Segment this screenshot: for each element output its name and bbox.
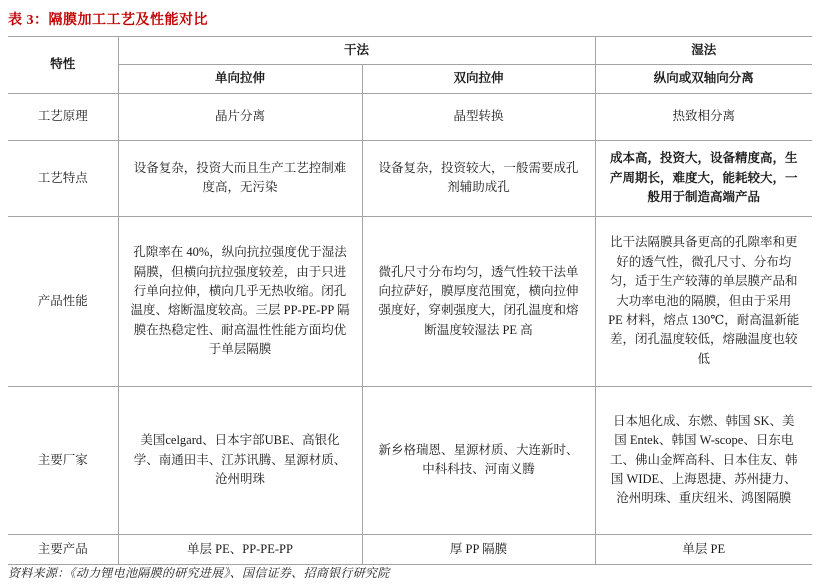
table-row-principle: 工艺原理 晶片分离 晶型转换 热致相分离 xyxy=(8,93,812,140)
cell-performance-wet: 比干法隔膜具备更高的孔隙率和更好的透气性，微孔尺寸、分布均匀，适于生产较薄的单层… xyxy=(595,216,812,386)
cell-principle-wet: 热致相分离 xyxy=(595,93,812,140)
cell-products-biaxial: 厚 PP 隔膜 xyxy=(362,534,595,564)
sub-header-wet-separation: 纵向或双轴向分离 xyxy=(595,65,812,93)
cell-performance-uniaxial: 孔隙率在 40%，纵向抗拉强度优于湿法隔膜，但横向抗拉强度较差，由于只进行单向拉… xyxy=(118,216,362,386)
sub-header-biaxial: 双向拉伸 xyxy=(362,65,595,93)
cell-feature-biaxial: 设备复杂，投资较大，一般需要成孔剂辅助成孔 xyxy=(362,140,595,216)
table-title: 表 3：隔膜加工工艺及性能对比 xyxy=(8,9,208,29)
table-row-products: 主要产品 单层 PE、PP-PE-PP 厚 PP 隔膜 单层 PE xyxy=(8,534,812,564)
row-label-manufacturers: 主要厂家 xyxy=(8,386,118,534)
table-row-feature: 工艺特点 设备复杂，投资大而且生产工艺控制难度高，无污染 设备复杂，投资较大，一… xyxy=(8,140,812,216)
report-page: 表 3：隔膜加工工艺及性能对比 特性 干法 湿法 单向拉伸 双向拉伸 纵向或双轴… xyxy=(0,0,820,584)
cell-principle-uniaxial: 晶片分离 xyxy=(118,93,362,140)
cell-products-wet: 单层 PE xyxy=(595,534,812,564)
cell-products-uniaxial: 单层 PE、PP-PE-PP xyxy=(118,534,362,564)
cell-performance-biaxial: 微孔尺寸分布均匀，透气性较干法单向拉萨好，膜厚度范围宽，横向拉伸强度好，穿刺强度… xyxy=(362,216,595,386)
cell-feature-wet: 成本高，投资大，设备精度高，生产周期长，难度大，能耗较大，一般用于制造高端产品 xyxy=(595,140,812,216)
cell-feature-uniaxial: 设备复杂，投资大而且生产工艺控制难度高，无污染 xyxy=(118,140,362,216)
cell-principle-biaxial: 晶型转换 xyxy=(362,93,595,140)
table-header-group-row: 特性 干法 湿法 xyxy=(8,37,812,65)
row-label-feature: 工艺特点 xyxy=(8,140,118,216)
comparison-table: 特性 干法 湿法 单向拉伸 双向拉伸 纵向或双轴向分离 工艺原理 晶片分离 晶型… xyxy=(8,36,812,565)
row-label-products: 主要产品 xyxy=(8,534,118,564)
table-header-sub-row: 单向拉伸 双向拉伸 纵向或双轴向分离 xyxy=(8,65,812,93)
group-header-dry: 干法 xyxy=(118,37,595,65)
source-note: 资料来源：《动力锂电池隔膜的研究进展》、国信证券、招商银行研究院 xyxy=(8,564,390,581)
row-label-performance: 产品性能 xyxy=(8,216,118,386)
cell-manufacturers-wet: 日本旭化成、东燃、韩国 SK、美国 Entek、韩国 W-scope、日东电工、… xyxy=(595,386,812,534)
cell-manufacturers-biaxial: 新乡格瑞恩、星源材质、大连新时、中科科技、河南义腾 xyxy=(362,386,595,534)
table-row-manufacturers: 主要厂家 美国celgard、日本宇部UBE、高银化学、南通田丰、江苏讯腾、星源… xyxy=(8,386,812,534)
corner-header-cell: 特性 xyxy=(8,37,118,94)
row-label-principle: 工艺原理 xyxy=(8,93,118,140)
table-row-performance: 产品性能 孔隙率在 40%，纵向抗拉强度优于湿法隔膜，但横向抗拉强度较差，由于只… xyxy=(8,216,812,386)
sub-header-uniaxial: 单向拉伸 xyxy=(118,65,362,93)
group-header-wet: 湿法 xyxy=(595,37,812,65)
cell-manufacturers-uniaxial: 美国celgard、日本宇部UBE、高银化学、南通田丰、江苏讯腾、星源材质、沧州… xyxy=(118,386,362,534)
